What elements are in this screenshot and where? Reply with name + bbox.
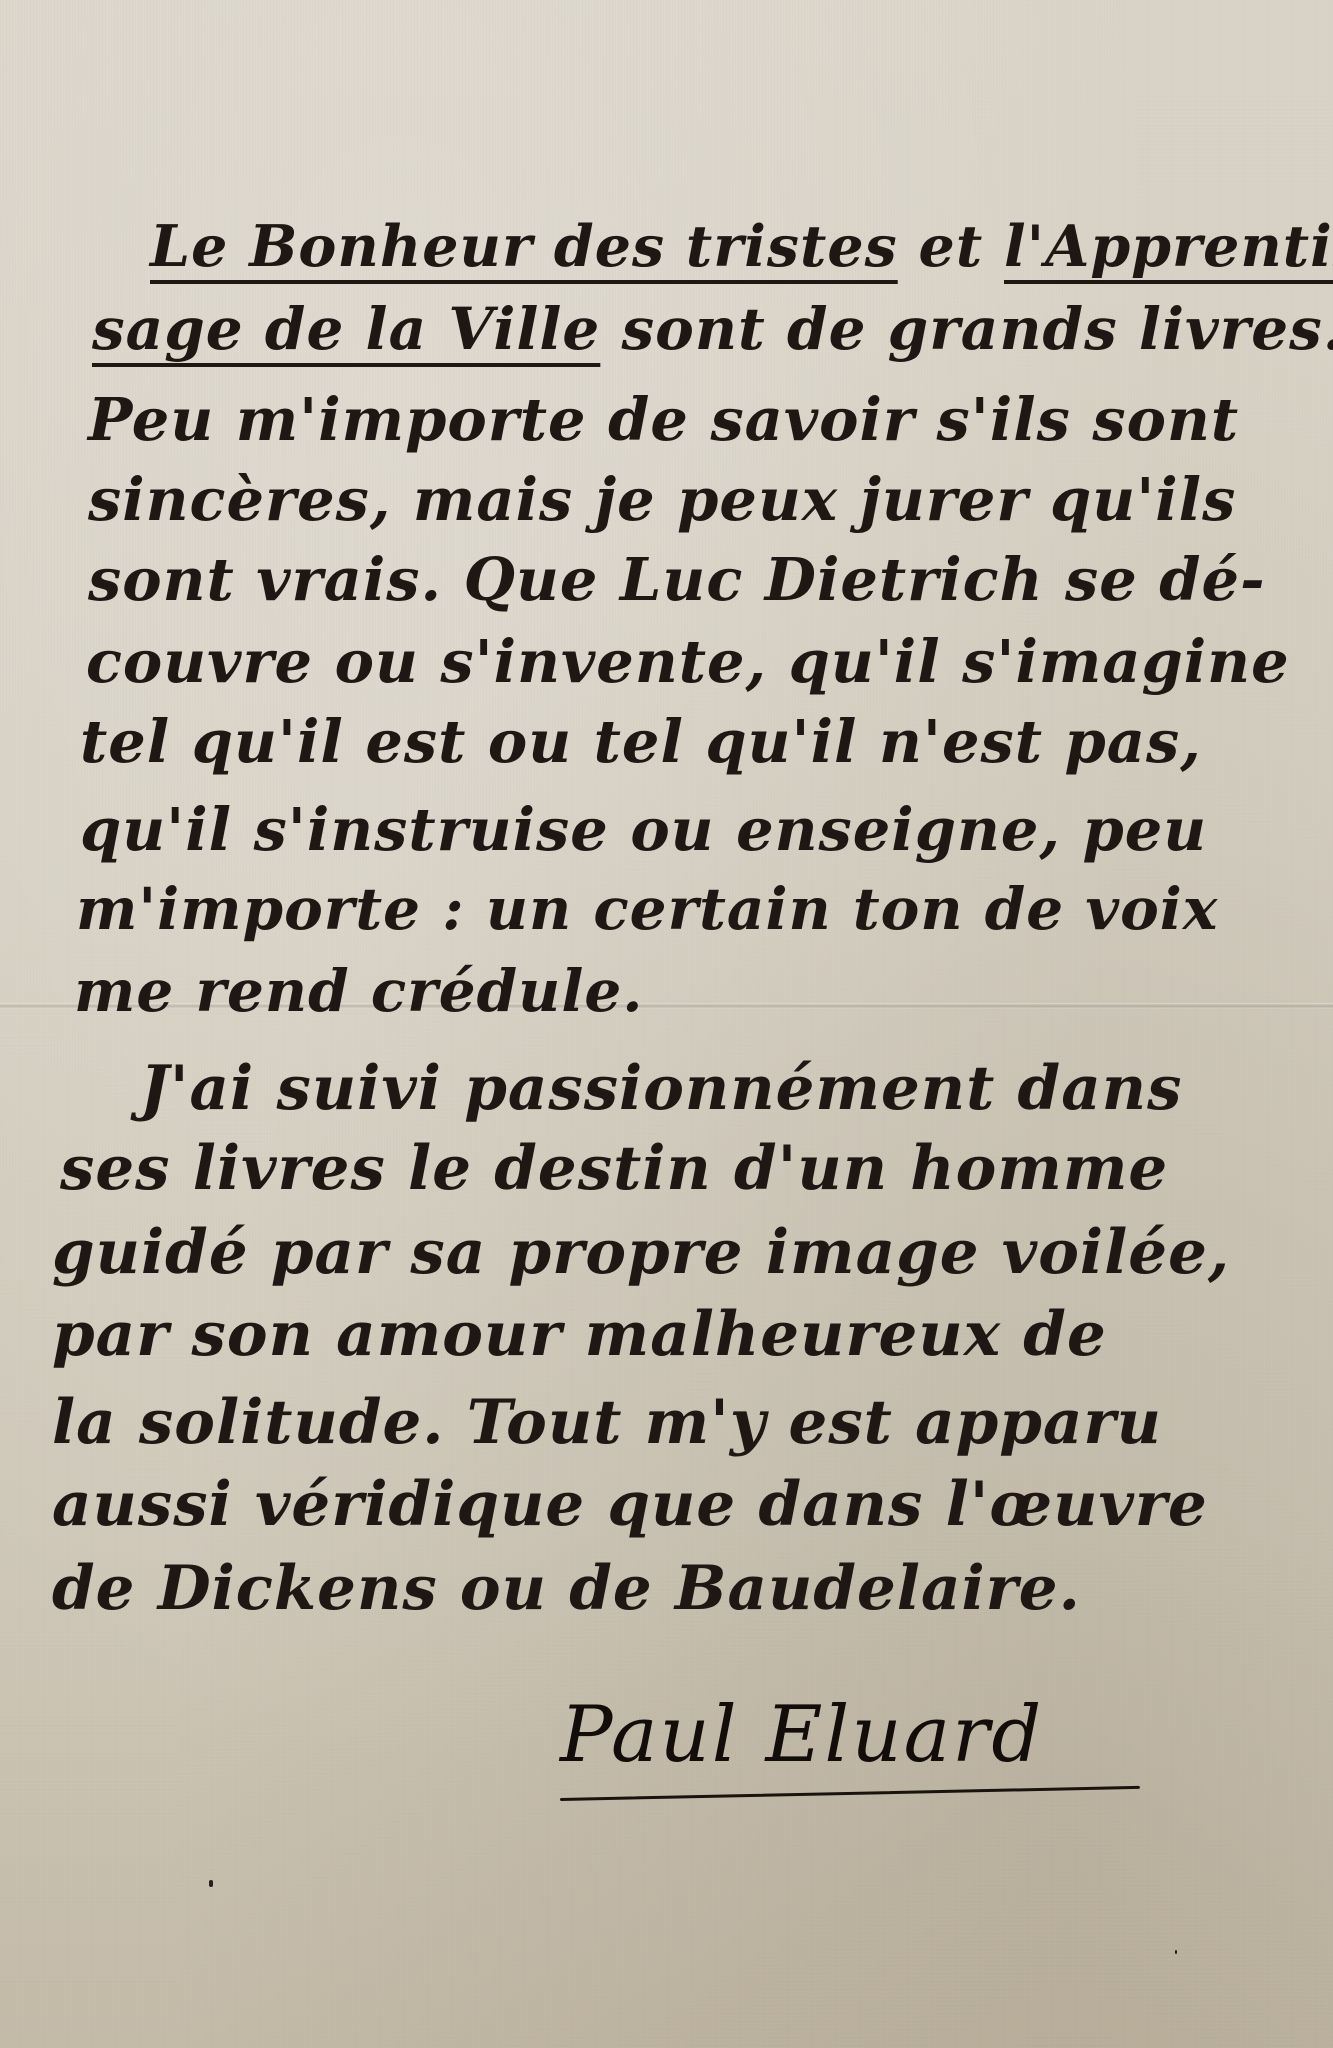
letter-body: Le Bonheur des tristes et l'Apprentis- s… bbox=[0, 0, 1333, 2048]
line-text: qu'il s'instruise ou enseigne, peu bbox=[80, 795, 1207, 864]
line-text: aussi véridique que dans l'œuvre bbox=[52, 1469, 1208, 1540]
letter-line: me rend crédule. bbox=[74, 962, 643, 1020]
line-text: guidé par sa propre image voilée, bbox=[52, 1217, 1230, 1288]
letter-line: de Dickens ou de Baudelaire. bbox=[52, 1558, 1081, 1619]
line-text: la solitude. Tout m'y est apparu bbox=[52, 1387, 1162, 1458]
book-title-apprentissage-part1: l'Apprentis- bbox=[1004, 213, 1333, 280]
line-text: me rend crédule. bbox=[74, 957, 643, 1025]
letter-line: ses livres le destin d'un homme bbox=[60, 1138, 1168, 1199]
line-text: et bbox=[898, 213, 1004, 280]
letter-line: par son amour malheureux de bbox=[52, 1304, 1107, 1365]
line-text: sincères, mais je peux jurer qu'ils bbox=[88, 465, 1236, 534]
line-text: couvre ou s'invente, qu'il s'imagine bbox=[86, 627, 1290, 696]
line-text: sont vrais. Que Luc Dietrich se dé- bbox=[88, 545, 1266, 614]
signature-underline bbox=[560, 1786, 1140, 1801]
letter-line: J'ai suivi passionnément dans bbox=[140, 1058, 1182, 1119]
letter-line: Peu m'importe de savoir s'ils sont bbox=[88, 390, 1239, 449]
line-text: par son amour malheureux de bbox=[52, 1299, 1107, 1370]
book-title-bonheur-des-tristes: Le Bonheur des tristes bbox=[150, 213, 898, 280]
letter-line: qu'il s'instruise ou enseigne, peu bbox=[80, 800, 1207, 859]
letter-line: m'importe : un certain ton de voix bbox=[76, 880, 1218, 938]
ink-speck bbox=[1175, 1950, 1177, 1954]
letter-line: aussi véridique que dans l'œuvre bbox=[52, 1474, 1208, 1535]
letter-line: sincères, mais je peux jurer qu'ils bbox=[88, 470, 1236, 529]
line-text: sont de grands livres. bbox=[600, 295, 1333, 363]
line-text: Peu m'importe de savoir s'ils sont bbox=[88, 385, 1239, 454]
letter-line: guidé par sa propre image voilée, bbox=[52, 1222, 1230, 1283]
signature: Paul Eluard bbox=[560, 1690, 1043, 1780]
line-text: m'importe : un certain ton de voix bbox=[76, 875, 1218, 943]
book-title-apprentissage-part2: sage de la Ville bbox=[92, 295, 600, 363]
letter-line: sont vrais. Que Luc Dietrich se dé- bbox=[88, 550, 1266, 609]
letter-line: tel qu'il est ou tel qu'il n'est pas, bbox=[80, 712, 1202, 771]
letter-line: la solitude. Tout m'y est apparu bbox=[52, 1392, 1162, 1453]
letter-line: couvre ou s'invente, qu'il s'imagine bbox=[86, 632, 1290, 691]
letter-line: sage de la Ville sont de grands livres. bbox=[92, 300, 1333, 358]
line-text: J'ai suivi passionnément dans bbox=[140, 1053, 1182, 1124]
line-text: ses livres le destin d'un homme bbox=[60, 1133, 1168, 1204]
line-text: de Dickens ou de Baudelaire. bbox=[52, 1553, 1081, 1624]
line-text: tel qu'il est ou tel qu'il n'est pas, bbox=[80, 707, 1202, 776]
letter-line: Le Bonheur des tristes et l'Apprentis- bbox=[150, 218, 1333, 275]
ink-speck bbox=[209, 1880, 213, 1887]
signature-block: Paul Eluard bbox=[560, 1680, 1160, 1840]
